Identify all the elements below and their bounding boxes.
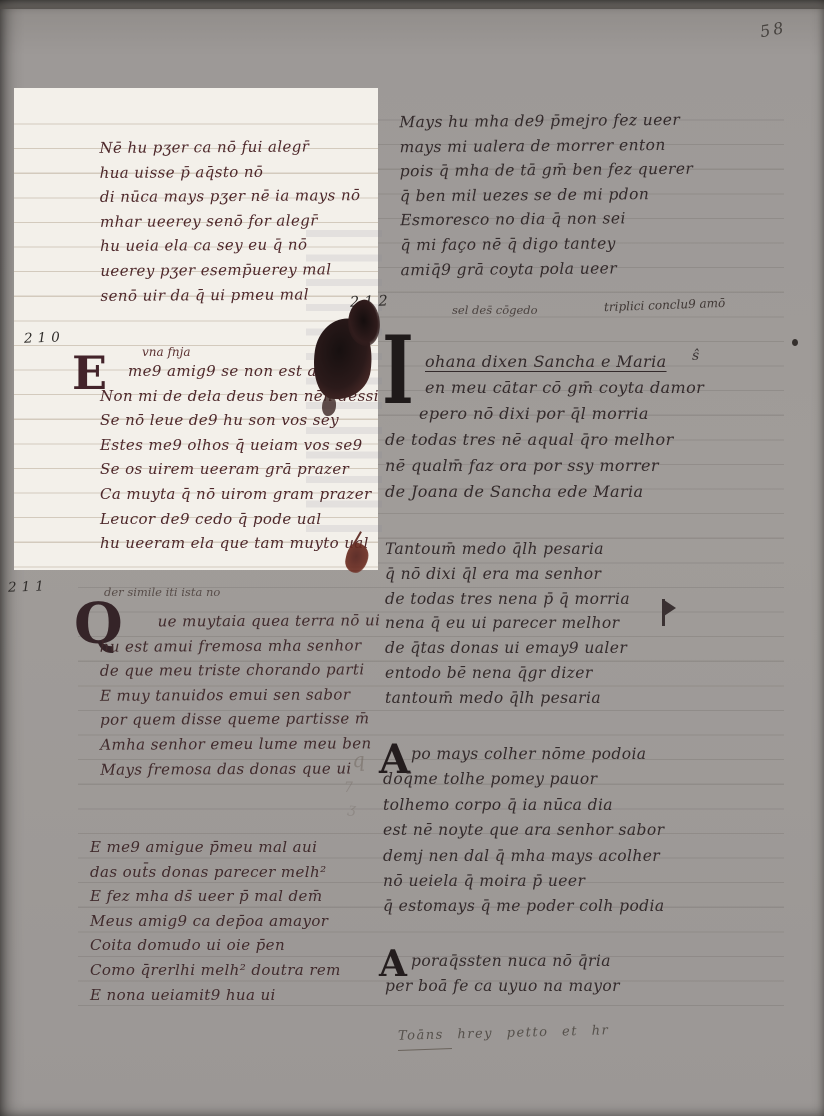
verse-line: Estes me9 olhos q̄ ueiam vos se9 [100,436,379,461]
flag-margin-mark-icon [662,599,678,626]
verse-line: di nūca mays pʒer nē ia mays nō [100,186,361,212]
margin-number-211: 211 [8,578,49,595]
verse-line: Mays fremosa das donas que ui [100,759,381,785]
ghost-mark-7: 7 [344,780,353,796]
verse-line: de Joana de Sancha ede Maria [385,482,704,508]
verse-line: pois q̄ mha de tā gm̄ ben fez querer [400,160,694,187]
verse-line: q̄ ben mil uezes se de mi pdon [400,185,694,212]
stanza-6: ohana dixen Sancha e Mariaen meu cātar c… [385,352,704,508]
verse-line: doq̄me tolhe pomey pauor [383,770,665,795]
verse-line: Leucor de9 cedo q̄ pode ual [100,510,379,535]
verse-line: est nē noyte que ara senhor sabor [383,821,665,846]
stanza-9: poraq̄ssten nuca nō q̄riaper boā fe ca u… [385,952,620,1001]
verse-line: de q̄tas donas ui emay9 ualer [385,639,630,664]
verse-line: de todas tres nē aqual q̄ro melhor [385,430,704,456]
verse-line: Mays hu mha de9 p̄mejro fez ueer [399,111,693,138]
verse-line: amiq̄9 grā coyta pola ueer [401,258,695,285]
stanza-3: ue muytaia quea terra nō uihu est amui f… [100,611,382,785]
page-edge-top [0,0,824,9]
verse-line: poraq̄ssten nuca nō q̄ria [411,952,620,977]
verse-line: Meus amig9 ca dep̄oa amayor [90,912,341,937]
verse-line: Nē hu pʒer ca nō fui alegr̄ [99,137,360,163]
scribal-note-right: triplici conclu9 amō [604,296,726,314]
verse-line: hu est amui fremosa mha senhor [100,636,381,662]
manuscript-page: 58 Nē hu pʒer ca nō fui alegr̄hua uisse … [0,0,824,1116]
verse-line: Coita domudo ui oie p̄en [90,936,341,961]
stanza-4: E me9 amigue p̄meu mal auidas out̄s dona… [90,838,341,1010]
verse-line: Esmoresco no dia q̄ non sei [400,209,694,236]
verse-line: hu ueeram ela que tam muyto ual [100,534,379,559]
verse-line: Ca muyta q̄ nō uirom gram prazer [100,485,379,510]
stanza-1: Nē hu pʒer ca nō fui alegr̄hua uisse p̄ … [99,137,361,311]
verse-line: per boā fe ca uyuo na mayor [385,977,620,1002]
verse-line: Tantoum̄ medo q̄lh pesaria [385,540,630,565]
verse-line: mays mi ualera de morrer enton [399,135,693,162]
verse-line: mhar ueerey senō for alegr̄ [100,211,361,237]
stanza-5: Mays hu mha de9 p̄mejro fez ueermays mi … [399,111,694,286]
fiinda-heading: vna fnja [142,345,191,359]
verse-line: E muy tanuidos emui sen sabor [100,685,381,711]
verse-line: tolhemo corpo q̄ ia nūca dia [383,796,665,821]
verse-line: E fez mha ds̄ ueer p̄ mal dem̄ [90,887,341,912]
verse-line: q̄ estomays q̄ me poder colh podia [383,897,665,922]
ghost-mark-z: ʒ [347,801,357,818]
verse-line: hu ueia ela ca sey eu q̄ nō [100,235,361,261]
verse-line: E nona ueiamit9 hua ui [90,986,341,1011]
ghost-mark-q: q [351,747,366,772]
verse-line: nō ueiela q̄ moira p̄ ueer [383,872,665,897]
verse-line: tantoum̄ medo q̄lh pesaria [385,689,630,714]
verse-line: po mays colher nōme podoia [411,745,665,770]
ink-dot [792,339,798,346]
stanza-8: po mays colher nōme podoiadoq̄me tolhe p… [383,745,665,923]
verse-line: de que meu triste chorando parti [100,660,381,686]
verse-line: hua uisse p̄ aq̄sto nō [100,162,361,188]
verse-line: Amha senhor emeu lume meu ben [100,734,381,760]
verse-line: das out̄s donas parecer melh² [90,863,341,888]
verse-line: ohana dixen Sancha e Maria [425,352,704,378]
verse-line: ue muytaia quea terra nō ui [158,611,381,637]
verse-line: E me9 amigue p̄meu mal aui [90,838,341,863]
stanza-7: Tantoum̄ medo q̄lh pesariaq̄ nō dixi q̄l… [385,540,630,714]
verse-line: Se nō leue de9 hu son vos sey [100,411,379,436]
verse-line: nena q̄ eu ui parecer melhor [385,614,630,639]
verse-line: epero nō dixi por q̄l morria [419,404,704,430]
verse-line: de todas tres nena p̄ q̄ morria [385,590,630,615]
manuscript-scan: 58 Nē hu pʒer ca nō fui alegr̄hua uisse … [0,0,824,1116]
folio-number: 58 [759,18,788,41]
margin-number-210: 210 [24,329,65,346]
verse-line: nē qualm̄ faz ora por ssy morrer [385,456,704,482]
verse-line: en meu cātar cō gm̄ coyta damor [425,378,704,404]
verse-line: senō uir da q̄ ui pmeu mal [100,285,361,311]
verse-line: entodo bē nena q̄gr dizer [385,664,630,689]
bottom-annotation: Toāns hrey petto et hr [398,1023,610,1044]
verse-line: demj nen dal q̄ mha mays acolher [383,847,665,872]
verse-line: q̄ mi faço nē q̄ digo tantey [400,234,694,261]
verse-line: Se os uirem ueeram grā prazer [100,460,379,485]
annotation-underline [398,1048,452,1051]
verse-line: por quem disse queme partisse m̄ [100,710,381,736]
scribal-note-left: sel des̄ cōgedo [452,303,538,317]
stanza-sign: ŝ [692,348,699,364]
verse-line: Como q̄rerlhi melh² doutra rem [90,961,341,986]
flag-banner [664,600,676,616]
verse-line: ueerey pʒer esemp̄uerey mal [100,260,361,286]
verse-line: q̄ nō dixi q̄l era ma senhor [385,565,630,590]
